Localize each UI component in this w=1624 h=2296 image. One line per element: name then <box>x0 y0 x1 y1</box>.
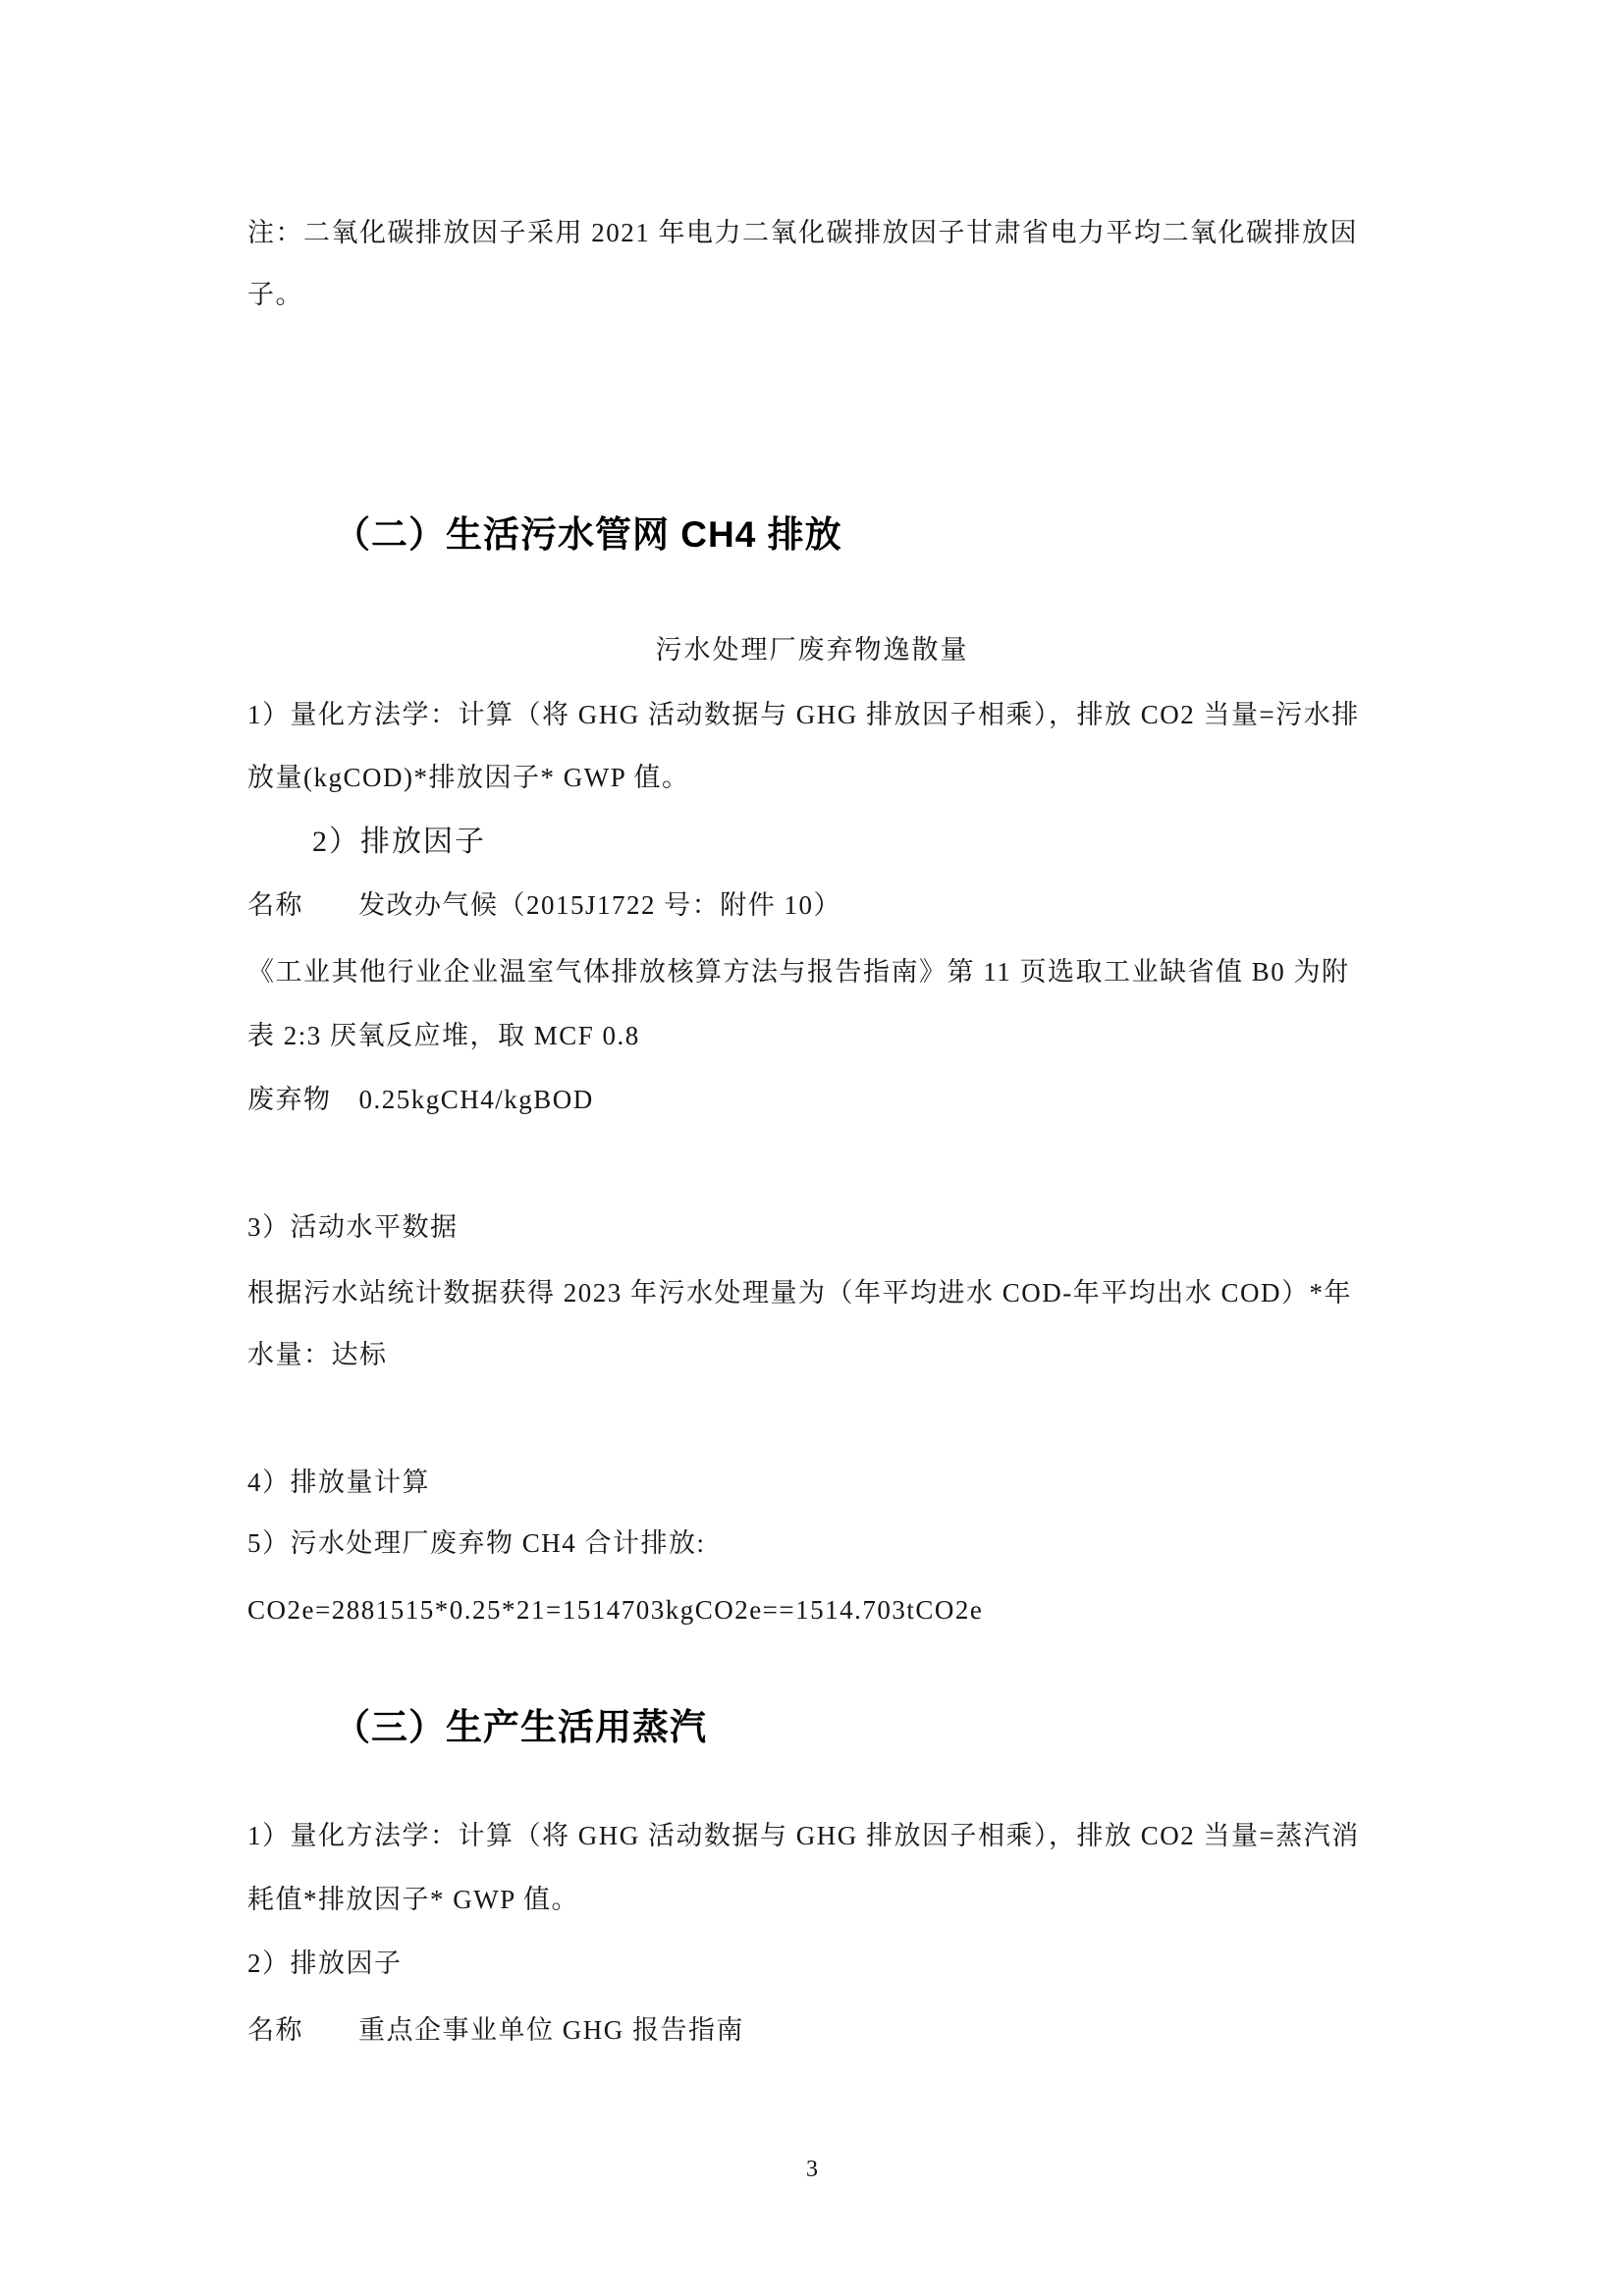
section-heading-3: （三）生产生活用蒸汽 <box>334 1705 707 1750</box>
section-heading-2: （二）生活污水管网 CH4 排放 <box>334 512 842 558</box>
total-title: 5）污水处理厂废弃物 CH4 合计排放: <box>247 1525 706 1561</box>
calculation-title: 4）排放量计算 <box>247 1465 430 1500</box>
note-line-2: 子。 <box>247 277 303 312</box>
activity-line-2: 水量：达标 <box>247 1337 388 1372</box>
factor-source-line-1: 《工业其他行业企业温室气体排放核算方法与报告指南》第 11 页选取工业缺省值 B… <box>247 954 1350 989</box>
section-subtitle: 污水处理厂废弃物逸散量 <box>0 632 1624 667</box>
method-line-1: 1）量化方法学：计算（将 GHG 活动数据与 GHG 排放因子相乘），排放 CO… <box>247 697 1360 732</box>
activity-title: 3）活动水平数据 <box>247 1209 459 1245</box>
method-line-2: 放量(kgCOD)*排放因子* GWP 值。 <box>247 760 690 795</box>
document-page: 注：二氧化碳排放因子采用 2021 年电力二氧化碳排放因子甘肃省电力平均二氧化碳… <box>0 0 1624 2296</box>
total-formula: CO2e=2881515*0.25*21=1514703kgCO2e==1514… <box>247 1592 983 1628</box>
factor-name-row: 名称发改办气候（2015J1722 号：附件 10） <box>247 887 841 923</box>
factor-title: 2）排放因子 <box>312 825 486 860</box>
page-number: 3 <box>0 2155 1624 2184</box>
factor-waste-row: 废弃物0.25kgCH4/kgBOD <box>247 1082 594 1117</box>
steam-method-line-1: 1）量化方法学：计算（将 GHG 活动数据与 GHG 排放因子相乘），排放 CO… <box>247 1818 1360 1853</box>
factor-waste-label: 废弃物 <box>247 1085 332 1114</box>
factor-waste-value: 0.25kgCH4/kgBOD <box>359 1085 594 1114</box>
note-line-1: 注：二氧化碳排放因子采用 2021 年电力二氧化碳排放因子甘肃省电力平均二氧化碳… <box>247 215 1358 250</box>
activity-line-1: 根据污水站统计数据获得 2023 年污水处理量为（年平均进水 COD-年平均出水… <box>247 1275 1352 1310</box>
steam-factor-name-label: 名称 <box>247 2015 303 2045</box>
steam-factor-title: 2）排放因子 <box>247 1946 403 1981</box>
steam-factor-name-row: 名称重点企事业单位 GHG 报告指南 <box>247 2012 744 2048</box>
steam-method-line-2: 耗值*排放因子* GWP 值。 <box>247 1882 579 1917</box>
factor-name-value: 发改办气候（2015J1722 号：附件 10） <box>358 890 841 920</box>
factor-name-label: 名称 <box>247 890 303 920</box>
factor-source-line-2: 表 2:3 厌氧反应堆，取 MCF 0.8 <box>247 1018 640 1053</box>
steam-factor-name-value: 重点企事业单位 GHG 报告指南 <box>358 2015 744 2045</box>
